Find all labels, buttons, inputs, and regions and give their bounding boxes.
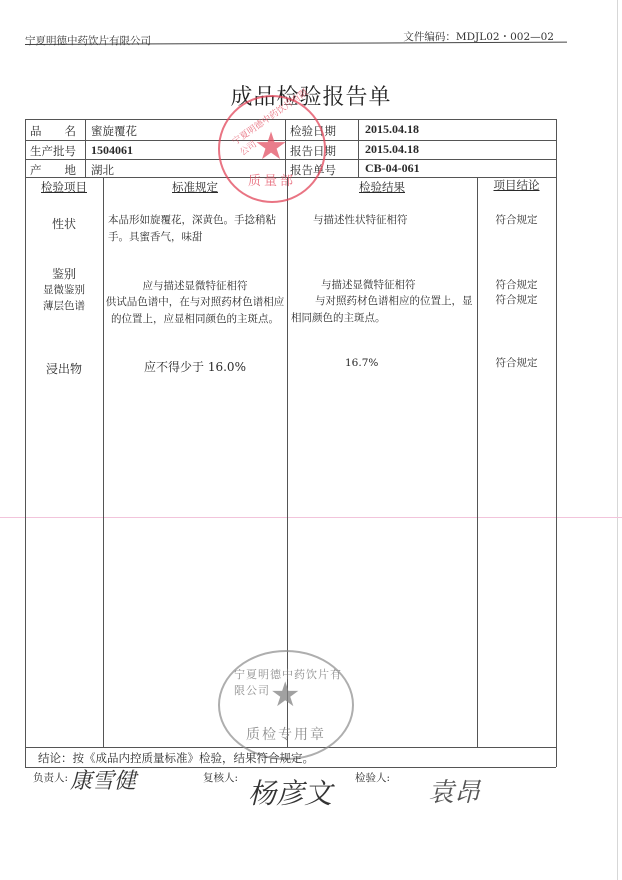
quality-dept-stamp: 宁夏明德中药饮片有限公司 ★ 质量部 bbox=[218, 95, 326, 203]
batch-label: 生产批号 bbox=[30, 143, 76, 159]
row-conclusion: 符合规定 bbox=[477, 212, 556, 227]
report-no-value: CB-04-061 bbox=[365, 161, 420, 176]
row-item: 鉴别 bbox=[25, 265, 103, 282]
row-conclusion: 符合规定 bbox=[477, 277, 556, 292]
reviewer-label: 复核人: bbox=[203, 770, 238, 785]
row-result: 16.7% bbox=[345, 357, 378, 369]
column-header-item: 检验项目 bbox=[25, 179, 103, 195]
star-icon: ★ bbox=[270, 678, 300, 712]
row-item: 性状 bbox=[25, 215, 103, 232]
row-result: 与描述显微特征相符 bbox=[321, 277, 416, 292]
inspector-label: 检验人: bbox=[355, 770, 390, 785]
scan-edge bbox=[617, 0, 618, 880]
report-date-value: 2015.04.18 bbox=[365, 142, 419, 157]
row-sub-item: 薄层色谱 bbox=[25, 298, 103, 313]
row-conclusion: 符合规定 bbox=[477, 292, 556, 307]
stamp-center-text: 质量部 bbox=[220, 170, 324, 189]
stamp-center-text: 质检专用章 bbox=[220, 724, 352, 744]
row-standard: 应与描述显微特征相符 bbox=[103, 278, 287, 293]
product-name-value: 蜜旋覆花 bbox=[91, 123, 137, 139]
row-standard: 供试品色谱中，在与对照药材色谱相应的位置上，应显相同颜色的主斑点。 bbox=[105, 294, 285, 328]
row-standard: 应不得少于 16.0% bbox=[103, 358, 287, 375]
column-header-conclusion: 项目结论 bbox=[477, 177, 556, 193]
row-conclusion: 符合规定 bbox=[477, 355, 556, 370]
scan-artifact-line bbox=[0, 517, 622, 518]
inspect-date-value: 2015.04.18 bbox=[365, 122, 419, 137]
batch-value: 1504061 bbox=[91, 143, 133, 158]
reviewer-signature: 杨彦文 bbox=[248, 772, 332, 812]
origin-label: 产 地 bbox=[30, 162, 76, 178]
row-result: 与对照药材色谱相应的位置上，显相同颜色的主斑点。 bbox=[291, 293, 474, 327]
row-item: 浸出物 bbox=[25, 360, 103, 377]
row-standard: 本品形如旋覆花，深黄色。手捻稍粘手。具蜜香气，味甜 bbox=[108, 212, 282, 246]
responsible-signature: 康雪健 bbox=[70, 764, 136, 795]
company-name: 宁夏明德中药饮片有限公司 bbox=[25, 33, 151, 48]
row-sub-item: 显微鉴别 bbox=[25, 282, 103, 297]
star-icon: ★ bbox=[254, 127, 288, 165]
row-result: 与描述性状特征相符 bbox=[313, 212, 408, 227]
inspector-signature: 袁昂 bbox=[428, 772, 480, 809]
product-name-label: 品 名 bbox=[30, 123, 82, 139]
qc-seal-stamp: 宁夏明德中药饮片有限公司 ★ 质检专用章 bbox=[218, 650, 354, 760]
responsible-label: 负责人: bbox=[33, 770, 68, 785]
origin-value: 湖北 bbox=[91, 162, 114, 178]
